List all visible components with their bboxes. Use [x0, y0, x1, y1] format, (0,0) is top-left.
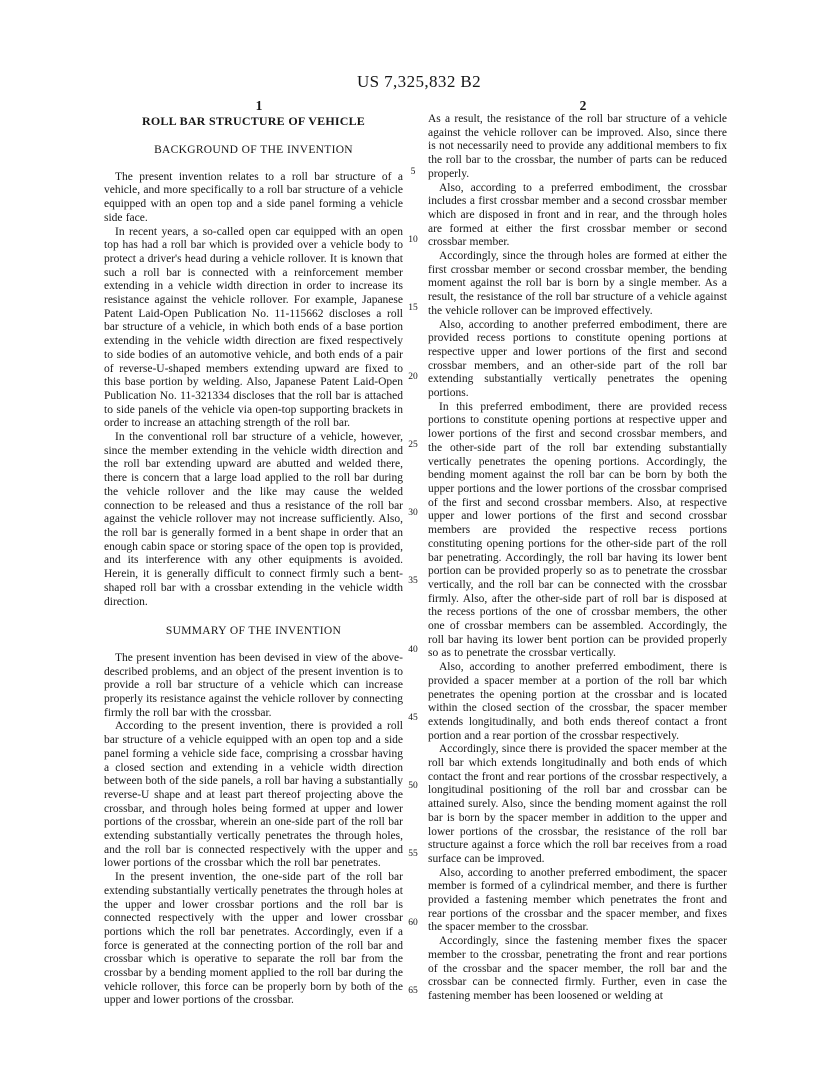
- paragraph: Accordingly, since there is provided the…: [428, 743, 727, 866]
- paragraph: In this preferred embodiment, there are …: [428, 401, 727, 661]
- gutter-line-number: 55: [398, 849, 428, 860]
- paragraph: The present invention has been devised i…: [104, 652, 403, 721]
- section-heading-background: BACKGROUND OF THE INVENTION: [104, 144, 403, 158]
- gutter-line-number: 10: [398, 235, 428, 246]
- invention-title: ROLL BAR STRUCTURE OF VEHICLE: [104, 114, 403, 128]
- paragraph: Also, according to another preferred emb…: [428, 661, 727, 743]
- column-1: 1 ROLL BAR STRUCTURE OF VEHICLE BACKGROU…: [104, 98, 403, 1008]
- paragraph: In recent years, a so-called open car eq…: [104, 226, 403, 432]
- gutter-line-number: 30: [398, 508, 428, 519]
- paragraph: As a result, the resistance of the roll …: [428, 113, 727, 182]
- gutter-line-number: 5: [398, 167, 428, 178]
- section-heading-summary: SUMMARY OF THE INVENTION: [104, 625, 403, 639]
- paragraph: Also, according to another preferred emb…: [428, 867, 727, 936]
- column-2: 2 As a result, the resistance of the rol…: [428, 98, 727, 1004]
- paragraph: Also, according to another preferred emb…: [428, 319, 727, 401]
- gutter-line-number: 25: [398, 440, 428, 451]
- column-2-page-number: 2: [428, 98, 727, 113]
- paragraph: The present invention relates to a roll …: [104, 171, 403, 226]
- patent-page: US 7,325,832 B2 1 ROLL BAR STRUCTURE OF …: [0, 0, 838, 1080]
- paragraph: According to the present invention, ther…: [104, 720, 403, 871]
- gutter-line-number: 15: [398, 303, 428, 314]
- patent-number-header: US 7,325,832 B2: [0, 72, 838, 92]
- paragraph: Also, according to a preferred embodimen…: [428, 182, 727, 251]
- gutter-line-number: 50: [398, 781, 428, 792]
- column-1-page-number: 1: [104, 98, 403, 113]
- paragraph: Accordingly, since the fastening member …: [428, 935, 727, 1004]
- paragraph: Accordingly, since the through holes are…: [428, 250, 727, 319]
- gutter-line-number: 60: [398, 918, 428, 929]
- gutter-line-number: 45: [398, 713, 428, 724]
- gutter-line-number: 35: [398, 576, 428, 587]
- gutter-line-number: 40: [398, 645, 428, 656]
- gutter-line-number: 20: [398, 372, 428, 383]
- gutter-line-number: 65: [398, 986, 428, 997]
- paragraph: In the conventional roll bar structure o…: [104, 431, 403, 609]
- paragraph: In the present invention, the one-side p…: [104, 871, 403, 1008]
